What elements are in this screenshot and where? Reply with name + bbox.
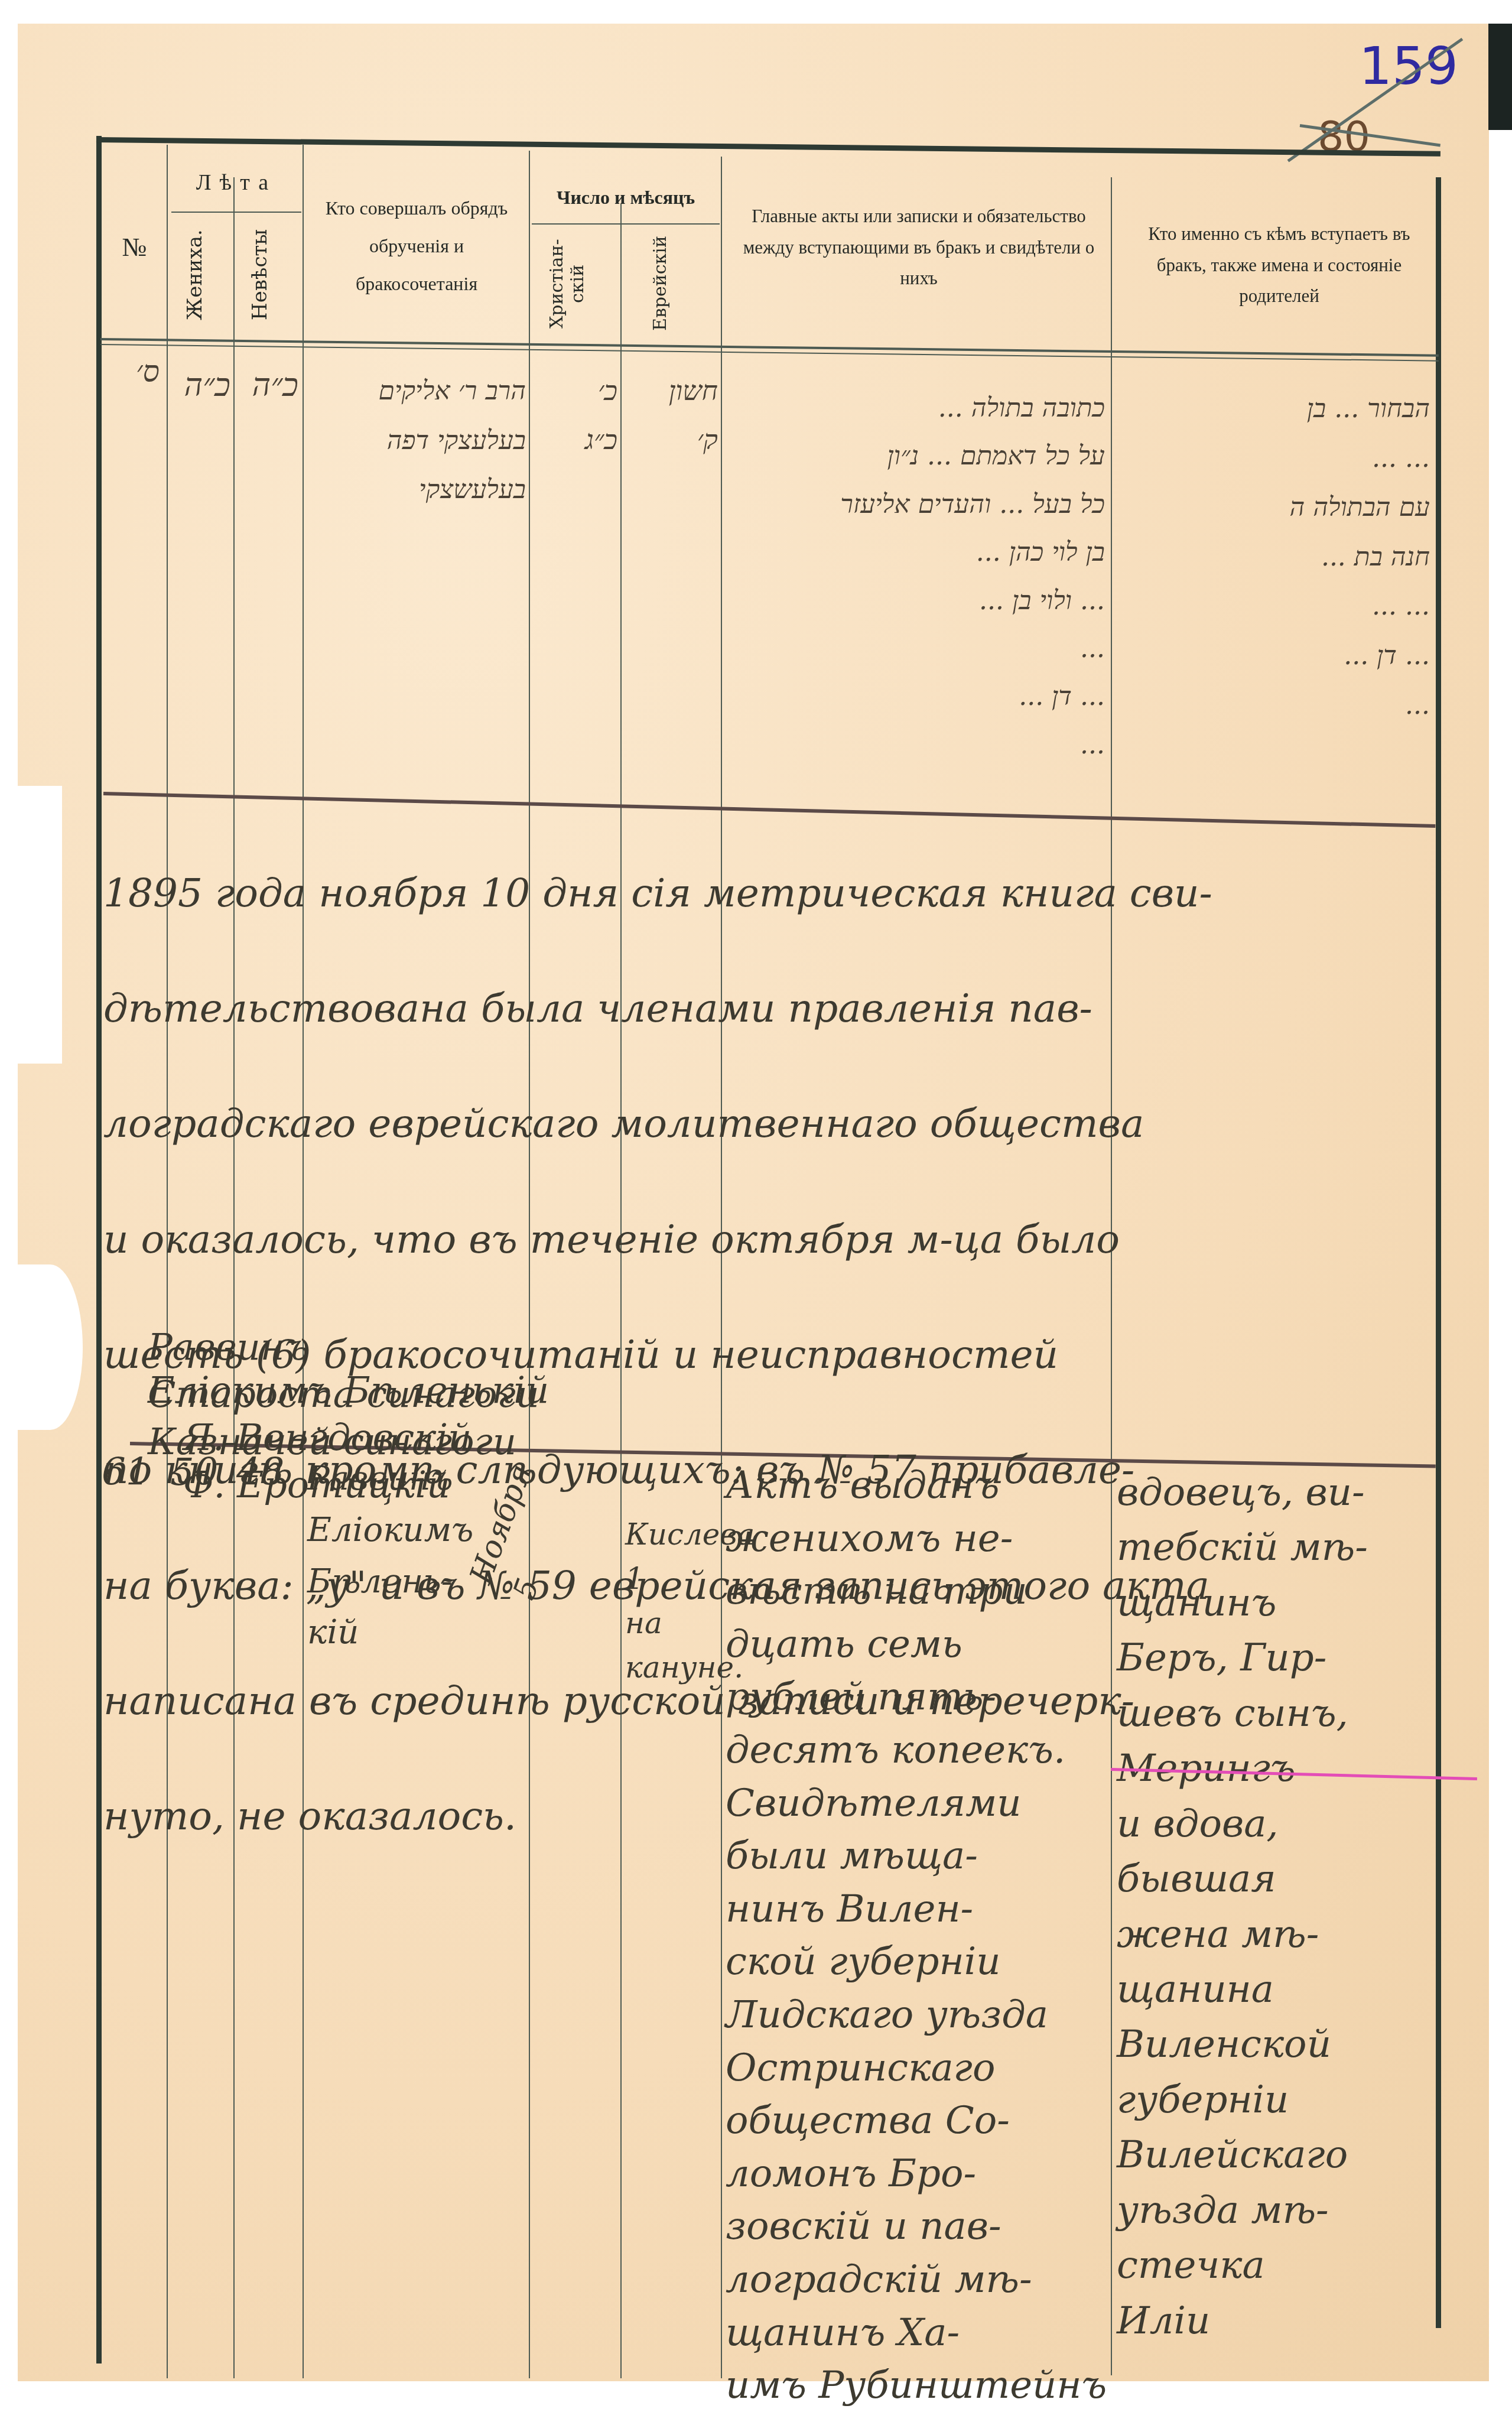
entry1-age-bride: כ״ה xyxy=(242,366,298,404)
scan-background-edge xyxy=(1488,24,1512,130)
header-col-date-jewish: Еврейскій xyxy=(650,230,691,337)
header-col-parties: Кто именно съ кѣмъ вступаетъ въ бракъ, т… xyxy=(1134,219,1424,312)
entry2-parties: вдовецъ, ви- тебскій мѣ- щанинъ Беръ, Ги… xyxy=(1117,1465,1448,2349)
revision-note-line: и оказалось, что въ теченіе октября м-ца… xyxy=(103,1211,1456,1269)
frame-left-border xyxy=(96,136,102,2364)
torn-edge-left-top xyxy=(18,786,62,1064)
entry1-date-jewish: חשון ק׳ xyxy=(629,366,718,464)
entry1-no: ס׳ xyxy=(112,355,160,389)
header-col-age-groom: Жениха. xyxy=(183,219,219,331)
revision-note-line: лоградскаго еврейскаго молитвеннаго обще… xyxy=(103,1095,1456,1153)
header-col-ages: Лѣта xyxy=(171,165,301,200)
header-col-acts: Главные акты или записки и обязательство… xyxy=(739,201,1099,294)
entry1-age-groom: כ״ה xyxy=(174,366,230,404)
entry2-age-groom: 50 xyxy=(170,1451,232,1494)
page-number-current: 159 xyxy=(1359,35,1458,96)
entry1-acts: כתובה בתולה ... על כל דאמתם ... נ״ון כל … xyxy=(727,384,1105,769)
header-col-no: № xyxy=(103,227,165,268)
ages-subheader-rule xyxy=(171,212,301,213)
revision-note-line: 1895 года ноября 10 дня сія метрическая … xyxy=(103,864,1456,922)
entry1-date-christian: כ׳ כ״ג xyxy=(538,366,617,464)
entry2-no: 61 xyxy=(102,1451,167,1494)
entry2-acts: Актъ выданъ женихомъ не- вѣстѣ на три дц… xyxy=(726,1459,1110,2409)
entry1-parties: הבחור ... בן ... ... עם הבתולה ה חנה בת … xyxy=(1117,384,1430,730)
date-subheader-rule xyxy=(532,223,720,225)
revision-note-line: дѣтельствована была членами правленія па… xyxy=(103,980,1456,1038)
entry1-officiant: הרב ר׳ אליקים בעלעצקי דפה בעלעשצקי xyxy=(313,366,526,515)
header-col-date: Число и мѣсяцъ xyxy=(532,183,720,213)
entry2-date-jewish: Кислева 1 на кануне. xyxy=(625,1513,720,1690)
torn-edge-left-bottom xyxy=(18,1264,83,1430)
header-col-age-bride: Невѣсты xyxy=(248,219,284,331)
header-col-officiant: Кто совершалъ обрядъ обрученія и бракосо… xyxy=(310,189,523,303)
entry2-age-bride: 48 xyxy=(236,1451,301,1494)
header-col-date-christian: Христіан-скій xyxy=(547,230,606,337)
